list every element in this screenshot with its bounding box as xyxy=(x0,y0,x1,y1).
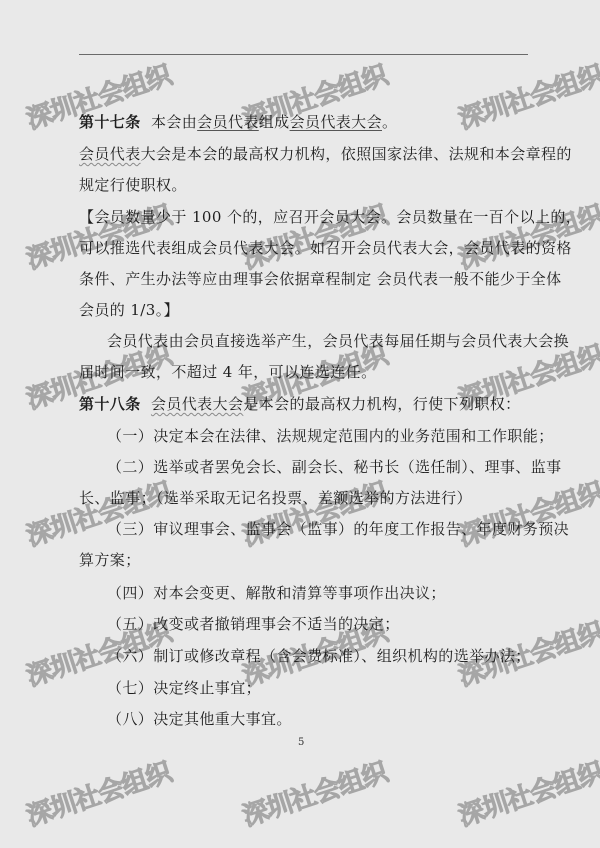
article-18-line-1: 第十八条 会员代表大会是本会的最高权力机构，行使下列职权： xyxy=(79,394,521,414)
text: 大会是本会的最高权力机构，依照国家法律、法规和本会章程的 xyxy=(141,145,572,163)
watermark-text: 深圳社会组织 xyxy=(454,475,600,556)
article-17-title: 第十七条 xyxy=(79,113,141,131)
article-18-title: 第十八条 xyxy=(79,395,141,413)
article-18-item-5: （五）改变或者撤销理事会不适当的决定； xyxy=(107,614,400,634)
article-17-line-2: 会员代表大会是本会的最高权力机构，依照国家法律、法规和本会章程的 xyxy=(79,144,572,164)
watermark-text: 深圳社会组织 xyxy=(22,475,176,556)
underlined-term: 会员代表 xyxy=(197,113,259,131)
article-18-item-2-cont: 长、监事；（选举采取无记名投票、差额选举的方法进行） xyxy=(79,488,472,508)
article-18-item-4: （四）对本会变更、解散和清算等事项作出决议； xyxy=(107,583,446,603)
note-line-4: 会员的 1/3。】 xyxy=(79,300,179,320)
watermark-text: 深圳社会组织 xyxy=(238,475,392,556)
note-line-3: 条件、产生办法等应由理事会依据章程制定 会员代表一般不能少于全体 xyxy=(79,269,562,289)
article-18-item-8: （八）决定其他重大事宜。 xyxy=(107,709,292,729)
watermark-text: 深圳社会组织 xyxy=(22,755,176,836)
text: 组成 xyxy=(259,113,290,131)
watermark-text: 深圳社会组织 xyxy=(454,58,600,139)
article-18-item-2: （二）选举或者罢免会长、副会长、秘书长（选任制）、理事、监事 xyxy=(107,457,562,477)
article-17-para2-line-2: 届时间一致，不超过 4 年，可以连选连任。 xyxy=(79,362,376,382)
wavy-underlined-term: 会员代表 xyxy=(79,145,141,163)
watermark-text: 深圳社会组织 xyxy=(454,755,600,836)
watermark-text: 深圳社会组织 xyxy=(238,755,392,836)
article-17-line-3: 规定行使职权。 xyxy=(79,175,187,195)
article-18-item-3-cont: 算方案； xyxy=(79,550,141,570)
article-18-item-1: （一）决定本会在法律、法规规定范围内的业务范围和工作职能； xyxy=(107,426,554,446)
underlined-term: 会员代表大会 xyxy=(290,113,382,131)
header-rule xyxy=(79,54,528,55)
article-18-item-7: （七）决定终止事宜； xyxy=(107,678,261,698)
article-17-para2-line-1: 会员代表由会员直接选举产生，会员代表每届任期与会员代表大会换 xyxy=(107,331,569,351)
note-line-2: 可以推选代表组成会员代表大会。如召开会员代表大会，会员代表的资格 xyxy=(79,238,572,258)
text: 本会由 xyxy=(151,113,197,131)
wavy-underlined-term: 会员代表大会 xyxy=(151,395,243,413)
article-17-line-1: 第十七条 本会由会员代表组成会员代表大会。 xyxy=(79,112,397,132)
note-line-1: 【会员数量少于 100 个的，应召开会员大会。会员数量在一百个以上的， xyxy=(79,207,581,227)
text: 是本会的最高权力机构，行使下列职权： xyxy=(243,395,520,413)
page-number: 5 xyxy=(298,737,304,748)
article-18-item-6: （六）制订或修改章程（含会费标准）、组织机构的选举办法； xyxy=(107,646,531,666)
text: 。 xyxy=(382,113,397,131)
article-18-item-3: （三）审议理事会、监事会（监事）的年度工作报告、年度财务预决 xyxy=(107,519,569,539)
